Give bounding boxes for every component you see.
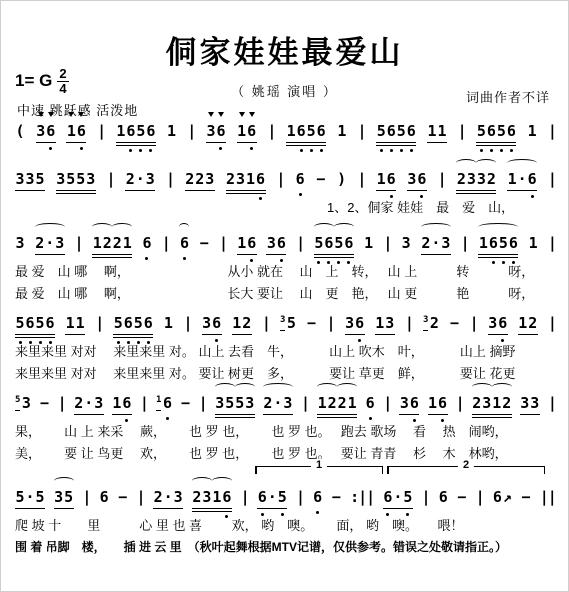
- note-token: 33: [520, 393, 540, 415]
- note-digit: 1: [527, 121, 537, 141]
- note-token: 16: [156, 393, 172, 418]
- barline: |: [548, 313, 556, 333]
- grace-note: 5: [15, 390, 20, 411]
- note-digit: 6: [99, 487, 109, 507]
- note-digit: 2: [421, 233, 431, 253]
- note-digit: −: [450, 313, 460, 333]
- note-digit: 6: [45, 313, 55, 333]
- note-token: 2·3: [74, 393, 104, 415]
- note-digit: 6: [296, 121, 306, 141]
- note-digit: 1: [232, 313, 242, 333]
- octave-dot: [259, 197, 262, 200]
- barline: |: [162, 233, 170, 253]
- note-digit: 6: [179, 233, 189, 253]
- octave-dot: [80, 147, 83, 150]
- note-digit: 6: [406, 121, 416, 141]
- note-token: 3553: [56, 169, 96, 191]
- octave-dot: [310, 149, 313, 152]
- note-digit: 2: [125, 169, 135, 189]
- octave-dot: [129, 149, 132, 152]
- note-digit: 1: [428, 393, 438, 413]
- barline: |: [383, 393, 391, 413]
- note-token: 2·3: [421, 233, 451, 255]
- octave-dot: [145, 257, 148, 260]
- note-token: 6: [365, 393, 375, 414]
- note-token: −: [457, 487, 467, 508]
- note-digit: 6: [146, 121, 156, 141]
- music-system: 32·3|12216|6−|1636|56561|32·3|16561|: [15, 233, 556, 255]
- note-digit: 3: [345, 313, 355, 333]
- note-digit: 3: [476, 169, 486, 189]
- note-digit: 2: [263, 393, 273, 413]
- barline-final: ||: [540, 487, 556, 507]
- note-digit: 1: [65, 313, 75, 333]
- note-digit: 1: [507, 169, 517, 189]
- note-token: 6: [295, 169, 305, 190]
- note-digit: ·: [25, 487, 35, 507]
- note-digit: 2: [528, 313, 538, 333]
- note-digit: 1: [427, 121, 437, 141]
- note-digit: 5: [35, 169, 45, 189]
- note-digit: 6: [438, 487, 448, 507]
- note-digit: 1: [116, 121, 126, 141]
- barline: |: [219, 233, 227, 253]
- note-token: −: [450, 313, 460, 334]
- note-token: 1221: [92, 233, 132, 255]
- barline: |: [327, 313, 335, 333]
- note-digit: 2: [327, 393, 337, 413]
- note-digit: 2: [185, 169, 195, 189]
- note-token: 3: [401, 233, 411, 254]
- note-token: 35: [54, 487, 74, 509]
- note-token: 2316: [192, 487, 232, 509]
- barline: |: [438, 169, 446, 189]
- lyric-line: 最 爱 山 哪 啊， 从小 就在 山 上 转， 山 上 转 呀，: [15, 261, 534, 280]
- slur-arc: [92, 223, 112, 231]
- slur-arc: [215, 383, 235, 391]
- note-digit: 6: [383, 487, 393, 507]
- note-digit: 6: [355, 313, 365, 333]
- lyric-line: 来里来里 对对 来里来里 对。 要让 树更 多， 要让 草更 鲜， 要让 花更: [15, 363, 516, 382]
- note-digit: 5: [476, 121, 486, 141]
- slur-arc: [337, 383, 357, 391]
- note-digit: 5: [15, 487, 25, 507]
- octave-dot: [380, 149, 383, 152]
- note-digit: ↗: [502, 487, 512, 507]
- octave-dot: [531, 195, 534, 198]
- note-token: 12: [232, 313, 252, 335]
- note-digit: 3: [283, 393, 293, 413]
- note-digit: 6: [142, 233, 152, 253]
- note-token: 2·3: [125, 169, 155, 191]
- note-digit: 1: [492, 393, 502, 413]
- note-digit: 3: [15, 233, 25, 253]
- note-digit: −: [118, 487, 128, 507]
- note-digit: ·: [517, 169, 527, 189]
- accent-mark: [218, 112, 224, 117]
- note-digit: 1: [246, 169, 256, 189]
- slur-arc: [476, 159, 496, 167]
- note-token: 36: [407, 169, 427, 191]
- note-digit: 3: [15, 169, 25, 189]
- note-token: (: [15, 121, 25, 142]
- note-digit: 2: [502, 393, 512, 413]
- octave-dot: [183, 257, 186, 260]
- note-digit: 2: [102, 233, 112, 253]
- octave-dot: [390, 149, 393, 152]
- note-digit: 6: [122, 393, 132, 413]
- note-token: −: [40, 393, 50, 414]
- slur-arc: [507, 159, 537, 167]
- note-digit: 5: [35, 313, 45, 333]
- note-digit: 6: [295, 169, 305, 189]
- note-digit: 3: [245, 393, 255, 413]
- note-digit: 6: [498, 313, 508, 333]
- note-digit: 1: [286, 121, 296, 141]
- note-token: 5656: [314, 233, 354, 255]
- note-digit: −: [457, 487, 467, 507]
- slur-arc: [112, 223, 132, 231]
- octave-dot: [139, 149, 142, 152]
- note-token: 53: [15, 393, 31, 418]
- note-token: 2332: [456, 169, 496, 191]
- note-token: 3553: [215, 393, 255, 415]
- note-token: 36: [266, 233, 286, 255]
- note-digit: 5: [64, 487, 74, 507]
- note-digit: 1: [163, 313, 173, 333]
- octave-dot: [219, 147, 222, 150]
- note-digit: 2: [192, 487, 202, 507]
- lyric-line: 美， 要 让 鸟更 欢， 也 罗 也， 也 罗 也。 要让 青青 杉 木 林哟，: [15, 443, 508, 462]
- slur-arc: [472, 383, 492, 391]
- note-token: 6·5: [257, 487, 287, 509]
- note-token: 1221: [317, 393, 357, 415]
- note-token: 1: [163, 313, 173, 334]
- note-digit: 5: [225, 393, 235, 413]
- note-token: −: [118, 487, 128, 508]
- note-token: 5·5: [15, 487, 45, 509]
- note-token: 1: [528, 233, 538, 254]
- note-digit: −: [199, 233, 209, 253]
- note-digit: 3: [441, 233, 451, 253]
- note-token: 16: [237, 121, 257, 143]
- note-digit: 3: [25, 169, 35, 189]
- note-digit: −: [40, 393, 50, 413]
- octave-dot: [316, 511, 319, 514]
- grace-note: 3: [280, 310, 285, 331]
- slur-arc: [478, 223, 518, 231]
- note-digit: ·: [267, 487, 277, 507]
- octave-dot: [500, 149, 503, 152]
- note-token: −: [316, 169, 326, 190]
- note-token: 32: [423, 313, 439, 338]
- music-system: 53−|2·316|16−|35532·3|12216|3616|231233|: [15, 393, 556, 418]
- slur-arc: [314, 223, 334, 231]
- note-token: 2·3: [35, 233, 65, 255]
- note-token: ): [337, 169, 347, 190]
- note-token: 11: [427, 121, 447, 143]
- note-digit: 1: [237, 233, 247, 253]
- note-digit: 3: [215, 393, 225, 413]
- note-digit: 5: [496, 121, 506, 141]
- barline: |: [97, 121, 105, 141]
- slur-arc: [192, 477, 212, 485]
- grace-note: 1: [156, 390, 161, 411]
- note-token: 5656: [476, 121, 516, 143]
- barline: |: [58, 393, 66, 413]
- note-token: 35: [280, 313, 296, 338]
- barline: |: [548, 121, 556, 141]
- octave-dot: [320, 149, 323, 152]
- note-token: 1656: [478, 233, 518, 255]
- barline: |: [357, 169, 365, 189]
- note-digit: ·: [84, 393, 94, 413]
- note-digit: 1: [212, 487, 222, 507]
- lyric-line: 最 爱 山 哪 啊， 长大 要让 山 更 艳， 山 更 艳 呀，: [15, 283, 534, 302]
- barline: |: [548, 169, 556, 189]
- note-digit: 5: [15, 313, 25, 333]
- barline: |: [456, 393, 464, 413]
- barline: |: [358, 121, 366, 141]
- note-digit: 5: [136, 121, 146, 141]
- music-system: (3616|16561|3616|16561|565611|56561|: [15, 121, 556, 143]
- slur-arc: [456, 159, 476, 167]
- note-token: −: [521, 487, 531, 508]
- note-digit: 3: [36, 121, 46, 141]
- note-digit: 6: [143, 313, 153, 333]
- ending-bracket: 1: [255, 466, 383, 475]
- note-digit: 3: [401, 233, 411, 253]
- barline: |: [405, 313, 413, 333]
- note-digit: 6: [438, 393, 448, 413]
- note-digit: 1: [92, 233, 102, 253]
- octave-dot: [369, 417, 372, 420]
- note-digit: ·: [273, 393, 283, 413]
- note-token: −: [331, 487, 341, 508]
- note-token: −: [306, 313, 316, 334]
- barline: |: [199, 393, 207, 413]
- note-token: 16: [237, 233, 257, 255]
- note-digit: 3: [488, 313, 498, 333]
- octave-dot: [166, 417, 169, 420]
- music-system: 5·535|6−|2·32316|6·5|6−:||6·5|6−|6↗−||: [15, 487, 556, 509]
- note-digit: 1: [437, 121, 447, 141]
- note-digit: 5: [133, 313, 143, 333]
- note-digit: 3: [530, 393, 540, 413]
- slur-arc: [263, 383, 293, 391]
- score-area: (3616|16561|3616|16561|565611|56561|3353…: [1, 1, 568, 591]
- barline: |: [140, 393, 148, 413]
- sheet-music-page: 侗家娃娃最爱山 （ 姚瑶 演唱 ） 1= G 2 4 中速 跳跃感 活泼地 词曲…: [0, 0, 569, 592]
- note-token: 2316: [226, 169, 266, 191]
- note-digit: 6: [409, 393, 419, 413]
- note-digit: 3: [482, 393, 492, 413]
- note-digit: 6: [247, 121, 257, 141]
- note-digit: 1: [237, 121, 247, 141]
- note-digit: −: [316, 169, 326, 189]
- note-digit: ·: [163, 487, 173, 507]
- octave-dot: [510, 149, 513, 152]
- note-token: 5656: [15, 313, 55, 335]
- note-digit: 6: [25, 313, 35, 333]
- note-digit: 3: [206, 121, 216, 141]
- note-digit: 1: [66, 121, 76, 141]
- note-digit: 2: [112, 233, 122, 253]
- note-digit: 3: [202, 313, 212, 333]
- music-system: 565611|56561|3612|35−|3613|32−|3612|: [15, 313, 556, 338]
- barline: |: [82, 487, 90, 507]
- note-digit: 5: [376, 121, 386, 141]
- note-token: 1656: [286, 121, 326, 143]
- octave-dot: [410, 149, 413, 152]
- note-digit: 2: [242, 313, 252, 333]
- note-token: 12: [518, 313, 538, 335]
- note-digit: −: [521, 487, 531, 507]
- note-digit: 5: [35, 487, 45, 507]
- accent-mark: [208, 112, 214, 117]
- note-digit: 1: [478, 233, 488, 253]
- slur-arc: [317, 383, 337, 391]
- note-token: 3: [15, 233, 25, 254]
- slur-arc: [334, 223, 354, 231]
- note-digit: 5: [306, 121, 316, 141]
- note-token: 6: [142, 233, 152, 254]
- note-token: 16: [428, 393, 448, 415]
- note-digit: (: [15, 121, 25, 141]
- lyric-line: 果， 山 上 来采 蕨， 也 罗 也， 也 罗 也。 跑去 歌场 看 热 闹哟，: [15, 421, 508, 440]
- note-token: 6: [313, 487, 323, 508]
- note-digit: 6: [247, 233, 257, 253]
- note-token: 2·3: [263, 393, 293, 415]
- note-digit: 2: [429, 313, 439, 333]
- accent-mark: [239, 112, 245, 117]
- barline: |: [422, 487, 430, 507]
- note-digit: 5: [113, 313, 123, 333]
- accent-mark: [68, 112, 74, 117]
- note-digit: 6: [527, 169, 537, 189]
- note-digit: 1: [518, 313, 528, 333]
- note-digit: 6: [212, 313, 222, 333]
- note-token: 2·3: [153, 487, 183, 509]
- octave-dot: [490, 149, 493, 152]
- octave-dot: [300, 149, 303, 152]
- note-digit: 2: [74, 393, 84, 413]
- note-digit: −: [181, 393, 191, 413]
- note-digit: 6: [492, 487, 502, 507]
- note-digit: 3: [86, 169, 96, 189]
- note-digit: 2: [226, 169, 236, 189]
- octave-dot: [400, 149, 403, 152]
- note-token: 36: [202, 313, 222, 335]
- barline: |: [548, 233, 556, 253]
- note-digit: −: [331, 487, 341, 507]
- note-token: 1: [167, 121, 177, 142]
- barline: |: [74, 233, 82, 253]
- note-digit: 5: [66, 169, 76, 189]
- note-token: 36: [36, 121, 56, 143]
- note-digit: −: [306, 313, 316, 333]
- octave-dot: [149, 149, 152, 152]
- note-token: 36: [206, 121, 226, 143]
- note-digit: 6: [46, 121, 56, 141]
- lyric-line: 来里来里 对对 来里来里 对。 山上 去看 牛， 山上 吹木 叶， 山上 摘野: [15, 341, 516, 360]
- barline: |: [296, 233, 304, 253]
- slur-arc: [179, 223, 189, 231]
- note-digit: ): [337, 169, 347, 189]
- barline: |: [470, 313, 478, 333]
- note-digit: 1: [122, 233, 132, 253]
- music-system: 3353553|2·3|2232316|6−)|1636|23321·6|: [15, 169, 556, 191]
- barline: |: [184, 313, 192, 333]
- note-digit: 6: [76, 121, 86, 141]
- note-digit: 6: [486, 121, 496, 141]
- note-token: 335: [15, 169, 45, 191]
- note-digit: 5: [277, 487, 287, 507]
- barline: |: [136, 487, 144, 507]
- note-token: 1·6: [507, 169, 537, 191]
- note-token: −: [181, 393, 191, 414]
- note-digit: 1: [112, 393, 122, 413]
- note-token: 16: [112, 393, 132, 415]
- note-digit: 6: [123, 313, 133, 333]
- barline: |: [95, 313, 103, 333]
- ending-label: 2: [458, 459, 474, 471]
- note-digit: 6: [257, 487, 267, 507]
- accent-mark: [48, 112, 54, 117]
- note-digit: 5: [334, 233, 344, 253]
- barline: |: [267, 121, 275, 141]
- note-digit: 6: [365, 393, 375, 413]
- octave-dot: [480, 149, 483, 152]
- note-digit: 6: [344, 233, 354, 253]
- note-token: 223: [185, 169, 215, 191]
- accent-mark: [249, 112, 255, 117]
- ending-label: 1: [311, 459, 327, 471]
- grace-note: 3: [423, 310, 428, 331]
- barline: |: [548, 393, 556, 413]
- barline: |: [296, 487, 304, 507]
- note-token: 1: [337, 121, 347, 142]
- note-digit: 3: [520, 393, 530, 413]
- slur-arc: [212, 477, 232, 485]
- note-digit: 6: [508, 233, 518, 253]
- note-digit: 6: [276, 233, 286, 253]
- slur-arc: [421, 223, 451, 231]
- note-digit: 6: [256, 169, 266, 189]
- note-digit: ·: [45, 233, 55, 253]
- note-token: 1: [364, 233, 374, 254]
- note-digit: 6: [126, 121, 136, 141]
- barline: |: [262, 313, 270, 333]
- note-token: 36: [488, 313, 508, 335]
- lyric-line: 围 着 吊脚 楼， 插 进 云 里 （秋叶起舞根据MTV记谱，仅供参考。错误之处…: [15, 538, 507, 555]
- note-digit: 3: [466, 169, 476, 189]
- octave-dot: [49, 147, 52, 150]
- barline: |: [107, 169, 115, 189]
- note-digit: 1: [528, 233, 538, 253]
- note-digit: 3: [21, 393, 31, 413]
- lyric-line: 爬 坡 十 里 心 里 也 喜 欢， 哟 噢。 面， 哟 噢。 喂！: [15, 515, 464, 534]
- note-digit: 6: [324, 233, 334, 253]
- slur-arc: [492, 383, 512, 391]
- lyric-line: 1、2、侗家 娃娃 最 爱 山，: [327, 197, 514, 216]
- note-digit: 3: [385, 313, 395, 333]
- note-token: 36: [345, 313, 365, 335]
- note-token: 5656: [376, 121, 416, 143]
- note-digit: 5: [403, 487, 413, 507]
- octave-dot: [250, 147, 253, 150]
- barline: |: [458, 121, 466, 141]
